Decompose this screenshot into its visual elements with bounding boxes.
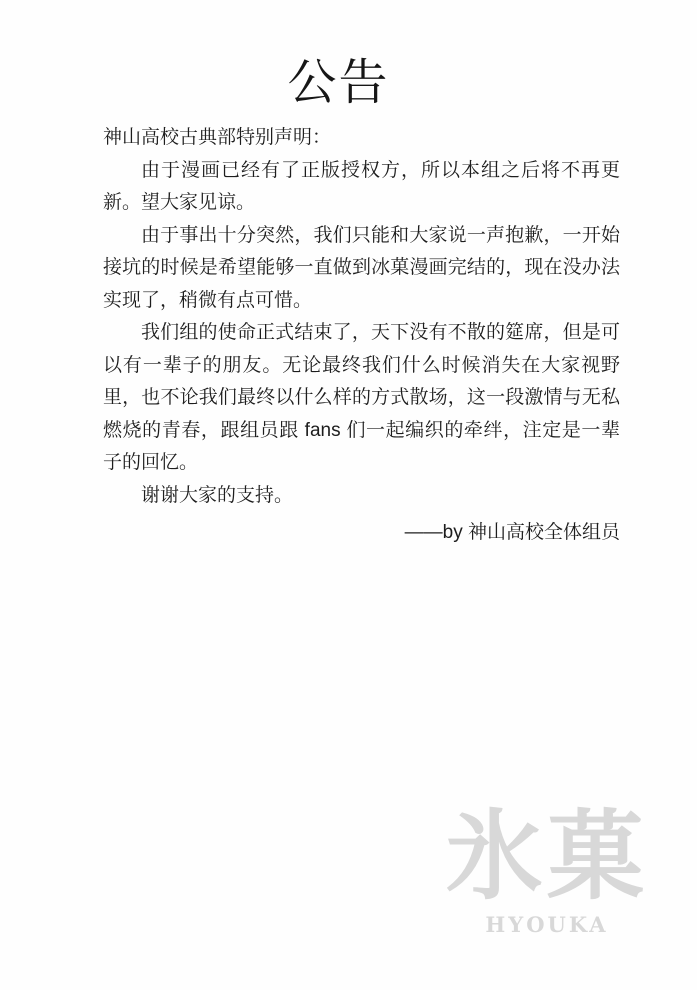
- announcement-page: 公告 神山高校古典部特别声明： 由于漫画已经有了正版授权方，所以本组之后将不再更…: [0, 0, 697, 990]
- statement-heading: 神山高校古典部特别声明：: [103, 122, 620, 155]
- watermark-kanji-text: 氷菓: [441, 806, 653, 906]
- hyouka-watermark: 氷菓 HYOUKA: [441, 806, 653, 935]
- signature-line: ——by 神山高校全体组员: [103, 517, 620, 550]
- body-paragraph: 由于事出十分突然，我们只能和大家说一声抱歉，一开始接坑的时候是希望能够一直做到冰…: [103, 220, 620, 318]
- announcement-body: 神山高校古典部特别声明： 由于漫画已经有了正版授权方，所以本组之后将不再更新。望…: [103, 122, 620, 550]
- body-paragraph: 谢谢大家的支持。: [103, 480, 620, 513]
- body-paragraph: 由于漫画已经有了正版授权方，所以本组之后将不再更新。望大家见谅。: [103, 155, 620, 220]
- page-title: 公告: [0, 57, 697, 109]
- watermark-romaji-text: HYOUKA: [441, 914, 653, 935]
- body-paragraph: 我们组的使命正式结束了，天下没有不散的筵席，但是可以有一辈子的朋友。无论最终我们…: [103, 317, 620, 480]
